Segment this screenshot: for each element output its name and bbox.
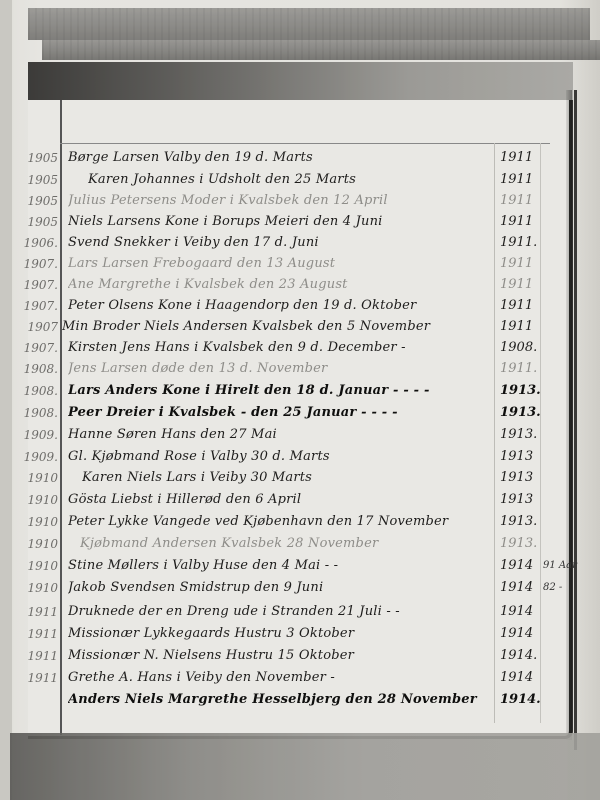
entry-text: Jakob Svendsen Smidstrup den 9 Juni [68,580,488,595]
top-rule [60,143,550,144]
entry-number: 1908. [22,384,58,398]
entry-number: 1910 [22,559,58,573]
entry-text: Lars Larsen Frebogaard den 13 August [68,256,488,271]
entry-text: Svend Snekker i Veiby den 17 d. Juni [68,235,488,250]
entry-text: Peter Olsens Kone i Haagendorp den 19 d.… [68,298,488,313]
entry-year: 1911 [500,277,540,292]
entry-note: 82 - [543,582,583,593]
ledger-entry: 1910 Gösta Liebst i Hillerød den 6 April… [0,490,600,512]
entry-text: Hanne Søren Hans den 27 Mai [68,427,488,442]
entry-year: 1914. [500,692,540,707]
ledger-entry: 1911 Missionær Lykkegaards Hustru 3 Okto… [0,624,600,646]
entry-number: 1911 [22,649,58,663]
entry-text: Stine Møllers i Valby Huse den 4 Mai - - [68,558,488,573]
entry-year: 1914. [500,648,540,663]
ledger-entry: 1911 Missionær N. Nielsens Hustru 15 Okt… [0,646,600,668]
ledger-entry: 1907. Ane Margrethe i Kvalsbek den 23 Au… [0,275,600,297]
entry-text: Gösta Liebst i Hillerød den 6 April [68,492,488,507]
entry-number: 1905 [22,173,58,187]
scan-shadow-band-top-3 [28,62,573,100]
entry-text: Karen Johannes i Udsholt den 25 Marts [88,172,508,187]
ledger-entry: 1910 Jakob Svendsen Smidstrup den 9 Juni… [0,578,600,600]
scan-shadow-band-top-2 [42,40,600,60]
entry-year: 1911 [500,298,540,313]
ledger-entry: 1909. Hanne Søren Hans den 27 Mai 1913. [0,425,600,447]
ledger-entry: 1905 Børge Larsen Valby den 19 d. Marts … [0,148,600,170]
ledger-entry: 1910 Stine Møllers i Valby Huse den 4 Ma… [0,556,600,578]
ledger-entry: 1905 Julius Petersens Moder i Kvalsbek d… [0,191,600,213]
entry-text: Karen Niels Lars i Veiby 30 Marts [82,470,502,485]
entry-number: 1905 [22,194,58,208]
entry-text: Jens Larsen døde den 13 d. November [68,361,488,376]
entry-number: 1907. [22,257,58,271]
entry-text: Julius Petersens Moder i Kvalsbek den 12… [68,193,488,208]
entry-year: 1914 [500,580,540,595]
entry-text: Børge Larsen Valby den 19 d. Marts [68,150,488,165]
entry-year: 1911. [500,361,540,376]
entry-year: 1914 [500,626,540,641]
entry-year: 1911 [500,319,540,334]
entry-text: Grethe A. Hans i Veiby den November - [68,670,488,685]
entry-number: 1908. [22,362,58,376]
entry-number: 1907. [22,278,58,292]
entry-year: 1913. [500,383,540,398]
ledger-entry: 1905 Niels Larsens Kone i Borups Meieri … [0,212,600,234]
ledger-entry: 1907 Min Broder Niels Andersen Kvalsbek … [0,317,600,339]
ledger-entry: 1908. Jens Larsen døde den 13 d. Novembe… [0,359,600,381]
entry-year: 1913. [500,405,540,420]
entry-text: Druknede der en Dreng ude i Stranden 21 … [68,604,488,619]
entry-text: Niels Larsens Kone i Borups Meieri den 4… [68,214,488,229]
ledger-entry: 1910 Peter Lykke Vangede ved Kjøbenhavn … [0,512,600,534]
entry-text: Gl. Kjøbmand Rose i Valby 30 d. Marts [68,449,488,464]
ledger-entry: 1908. Peer Dreier i Kvalsbek - den 25 Ja… [0,403,600,425]
entry-text: Kirsten Jens Hans i Kvalsbek den 9 d. De… [68,340,488,355]
entry-text: Peter Lykke Vangede ved Kjøbenhavn den 1… [68,514,488,529]
entry-number: 1909. [22,428,58,442]
entry-number: 1910 [22,537,58,551]
entry-number: 1906. [22,236,58,250]
entry-number: 1910 [22,581,58,595]
ledger-entry: 1907. Kirsten Jens Hans i Kvalsbek den 9… [0,338,600,360]
ledger-entry: 1911 Grethe A. Hans i Veiby den November… [0,668,600,690]
ledger-entry: 1910 Karen Niels Lars i Veiby 30 Marts 1… [0,468,600,490]
entry-text: Kjøbmand Andersen Kvalsbek 28 November [80,536,500,551]
scan-shadow-band-bottom [10,733,600,800]
ledger-entry: 1906. Svend Snekker i Veiby den 17 d. Ju… [0,233,600,255]
entry-year: 1913 [500,449,540,464]
entry-year: 1913 [500,492,540,507]
entry-number: 1911 [22,627,58,641]
entry-number: 1905 [22,151,58,165]
entry-text: Missionær Lykkegaards Hustru 3 Oktober [68,626,488,641]
entry-number: 1911 [22,605,58,619]
ledger-entry: 1911 Druknede der en Dreng ude i Strande… [0,602,600,624]
entry-text: Anders Niels Margrethe Hesselbjerg den 2… [68,692,488,707]
entry-text: Peer Dreier i Kvalsbek - den 25 Januar -… [68,405,488,420]
entry-number: 1907 [22,320,58,334]
entry-note: 91 Aar [543,560,583,571]
entry-text: Lars Anders Kone i Hirelt den 18 d. Janu… [68,383,488,398]
entry-number: 1907. [22,341,58,355]
entry-year: 1911 [500,172,540,187]
entry-year: 1911 [500,256,540,271]
entry-number: 1910 [22,515,58,529]
entry-number: 1907. [22,299,58,313]
entry-year: 1908. [500,340,540,355]
entry-text: Missionær N. Nielsens Hustru 15 Oktober [68,648,488,663]
entry-year: 1911 [500,193,540,208]
ledger-entry: 1909. Gl. Kjøbmand Rose i Valby 30 d. Ma… [0,447,600,469]
ledger-entry: 1907. Peter Olsens Kone i Haagendorp den… [0,296,600,318]
entry-year: 1913. [500,514,540,529]
entry-number: 1910 [22,471,58,485]
entry-number: 1909. [22,450,58,464]
entry-year: 1913 [500,470,540,485]
entry-year: 1914 [500,558,540,573]
entry-year: 1911. [500,235,540,250]
entry-text: Min Broder Niels Andersen Kvalsbek den 5… [62,319,482,334]
entry-year: 1914 [500,604,540,619]
ledger-entry: 1910 Kjøbmand Andersen Kvalsbek 28 Novem… [0,534,600,556]
scan-shadow-band-top-1 [28,8,590,40]
entry-year: 1914 [500,670,540,685]
entry-year: 1911 [500,214,540,229]
entry-text: Ane Margrethe i Kvalsbek den 23 August [68,277,488,292]
ledger-entry: Anders Niels Margrethe Hesselbjerg den 2… [0,690,600,712]
entry-number: 1905 [22,215,58,229]
entry-number: 1911 [22,671,58,685]
entry-number: 1908. [22,406,58,420]
entry-number: 1910 [22,493,58,507]
ledger-entry: 1908. Lars Anders Kone i Hirelt den 18 d… [0,381,600,403]
entry-year: 1913. [500,427,540,442]
ledger-entry: 1907. Lars Larsen Frebogaard den 13 Augu… [0,254,600,276]
ledger-entry: 1905 Karen Johannes i Udsholt den 25 Mar… [0,170,600,192]
entry-year: 1911 [500,150,540,165]
entry-year: 1913. [500,536,540,551]
